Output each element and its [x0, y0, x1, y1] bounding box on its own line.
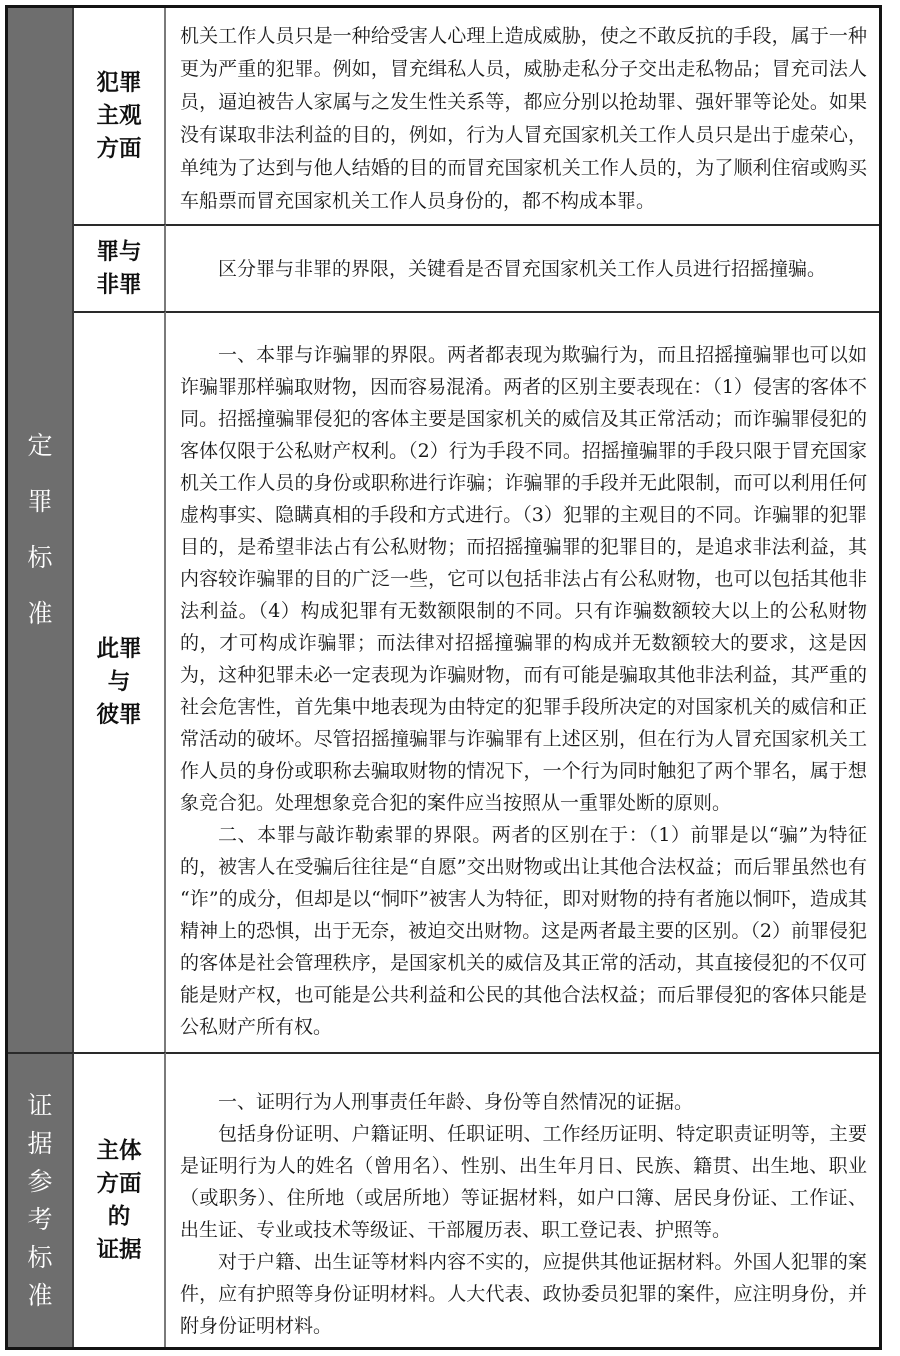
paragraph: 一、本罪与诈骗罪的界限。两者都表现为欺骗行为，而且招摇撞骗罪也可以如诈骗罪那样骗…	[180, 339, 867, 819]
row-label-this-crime-vs-other-crime: 此罪 与 彼罪	[74, 311, 166, 1052]
section-header-conviction-standard-label: 定罪标准	[25, 418, 55, 642]
paragraph: 机关工作人员只是一种给受害人心理上造成威胁，使之不敢反抗的手段，属于一种更为严重…	[180, 20, 867, 218]
row-label-subject-evidence: 主体 方面 的 证据	[74, 1052, 166, 1347]
cell-crime-vs-noncrime-content: 区分罪与非罪的界限，关键看是否冒充国家机关工作人员进行招摇撞骗。	[166, 224, 879, 311]
cell-subjective-aspect-content: 机关工作人员只是一种给受害人心理上造成威胁，使之不敢反抗的手段，属于一种更为严重…	[166, 8, 879, 224]
cell-subject-evidence-content: 一、证明行为人刑事责任年龄、身份等自然情况的证据。 包括身份证明、户籍证明、任职…	[166, 1052, 879, 1347]
paragraph: 区分罪与非罪的界限，关键看是否冒充国家机关工作人员进行招摇撞骗。	[180, 254, 867, 284]
legal-reference-table: 定罪标准 犯罪 主观 方面 机关工作人员只是一种给受害人心理上造成威胁，使之不敢…	[5, 5, 882, 1350]
section-header-evidence-reference-standard: 证据参考标准	[8, 1052, 74, 1347]
cell-this-crime-vs-other-crime-content: 一、本罪与诈骗罪的界限。两者都表现为欺骗行为，而且招摇撞骗罪也可以如诈骗罪那样骗…	[166, 311, 879, 1052]
row-label-crime-vs-noncrime: 罪与 非罪	[74, 224, 166, 311]
paragraph: 对于户籍、出生证等材料内容不实的，应提供其他证据材料。外国人犯罪的案件，应有护照…	[180, 1246, 867, 1342]
paragraph: 包括身份证明、户籍证明、任职证明、工作经历证明、特定职责证明等，主要是证明行为人…	[180, 1118, 867, 1246]
paragraph: 一、证明行为人刑事责任年龄、身份等自然情况的证据。	[180, 1086, 867, 1118]
section-header-conviction-standard: 定罪标准	[8, 8, 74, 1052]
row-label-subjective-aspect: 犯罪 主观 方面	[74, 8, 166, 224]
section-header-evidence-reference-standard-label: 证据参考标准	[25, 1087, 55, 1315]
paragraph: 二、本罪与敲诈勒索罪的界限。两者的区别在于：（1）前罪是以“骗”为特征的，被害人…	[180, 819, 867, 1043]
